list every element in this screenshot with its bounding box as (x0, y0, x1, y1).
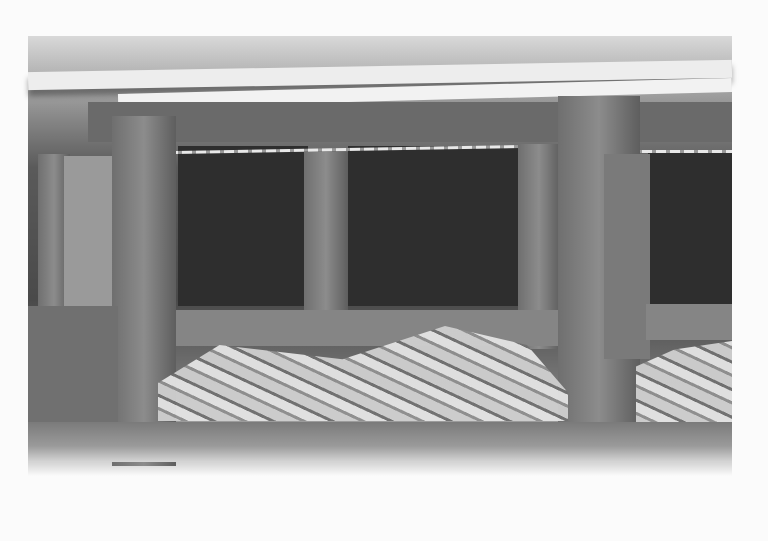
opening-left (178, 146, 308, 306)
sill-beam-right (646, 304, 732, 340)
opening-right (648, 151, 732, 306)
ground-plank (28, 422, 732, 462)
post-block-left (64, 156, 116, 306)
wire-right (628, 150, 732, 153)
lower-left-wall (28, 306, 118, 436)
post-board-right (604, 154, 650, 359)
opening-middle (348, 146, 518, 306)
photograph (28, 36, 732, 476)
post-center-left (304, 152, 348, 317)
